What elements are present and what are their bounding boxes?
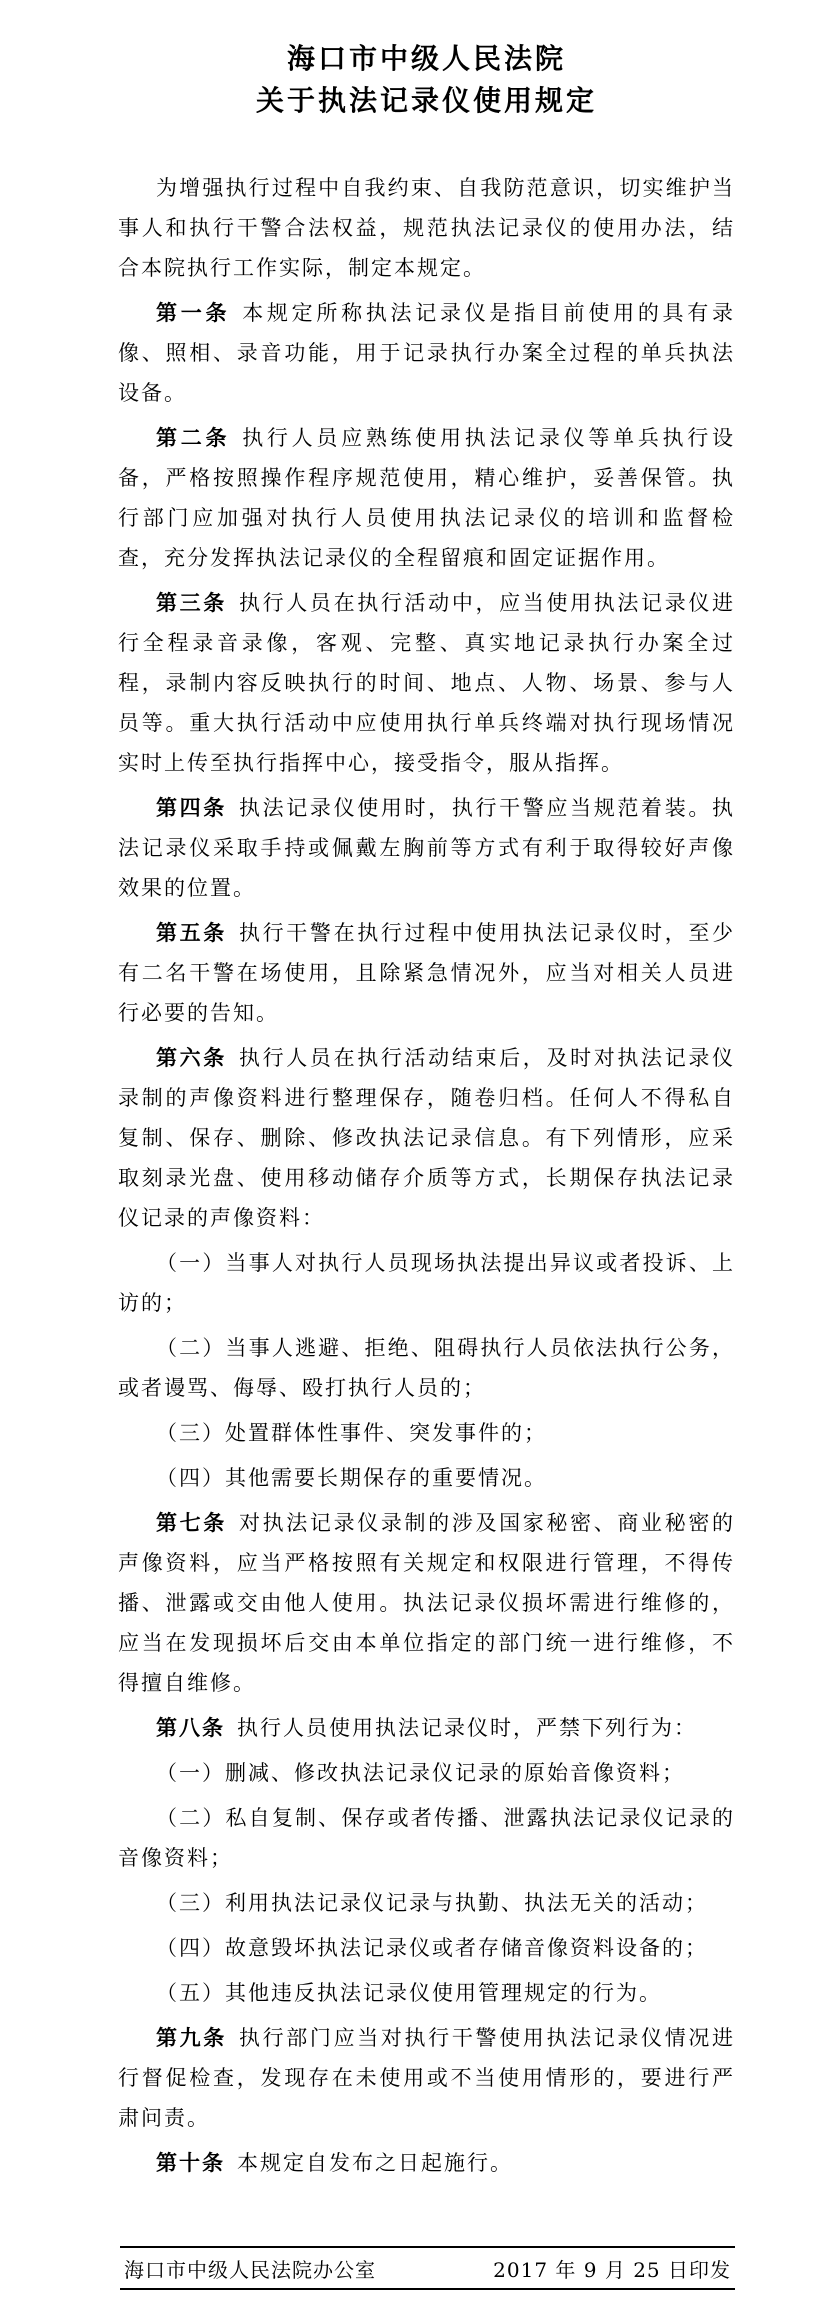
paragraph-text: （四）故意毁坏执法记录仪或者存储音像资料设备的； bbox=[156, 1936, 708, 1960]
paragraph: （四）其他需要长期保存的重要情况。 bbox=[118, 1458, 735, 1498]
document-title: 海口市中级人民法院 关于执法记录仪使用规定 bbox=[118, 38, 735, 122]
article-number: 第九条 bbox=[156, 2025, 227, 2050]
paragraph: （一）当事人对执行人员现场执法提出异议或者投诉、上访的； bbox=[118, 1243, 735, 1323]
article-number: 第一条 bbox=[156, 300, 230, 325]
paragraph-text: （二）当事人逃避、拒绝、阻碍执行人员依法执行公务，或者谩骂、侮辱、殴打执行人员的… bbox=[118, 1336, 735, 1400]
article-number: 第五条 bbox=[156, 920, 227, 945]
paragraph: 第二条执行人员应熟练使用执法记录仪等单兵执行设备，严格按照操作程序规范使用，精心… bbox=[118, 418, 735, 578]
paragraph-text: 执行人员在执行活动中，应当使用执法记录仪进行全程录音录像，客观、完整、真实地记录… bbox=[118, 591, 735, 775]
paragraph: 第一条本规定所称执法记录仪是指目前使用的具有录像、照相、录音功能，用于记录执行办… bbox=[118, 293, 735, 413]
paragraph: 第八条执行人员使用执法记录仪时，严禁下列行为： bbox=[118, 1708, 735, 1748]
paragraph: 第四条执法记录仪使用时，执行干警应当规范着装。执法记录仪采取手持或佩戴左胸前等方… bbox=[118, 788, 735, 908]
paragraph-text: 本规定自发布之日起施行。 bbox=[237, 2151, 513, 2175]
paragraph: （五）其他违反执法记录仪使用管理规定的行为。 bbox=[118, 1973, 735, 2013]
paragraph: （四）故意毁坏执法记录仪或者存储音像资料设备的； bbox=[118, 1928, 735, 1968]
paragraph: 第六条执行人员在执行活动结束后，及时对执法记录仪录制的声像资料进行整理保存，随卷… bbox=[118, 1038, 735, 1238]
paragraph-text: 对执法记录仪录制的涉及国家秘密、商业秘密的声像资料，应当严格按照有关规定和权限进… bbox=[118, 1511, 735, 1695]
article-number: 第八条 bbox=[156, 1715, 225, 1740]
paragraph-text: 为增强执行过程中自我约束、自我防范意识，切实维护当事人和执行干警合法权益，规范执… bbox=[118, 176, 735, 280]
paragraph: 第三条执行人员在执行活动中，应当使用执法记录仪进行全程录音录像，客观、完整、真实… bbox=[118, 583, 735, 783]
article-number: 第十条 bbox=[156, 2150, 225, 2175]
article-number: 第七条 bbox=[156, 1510, 227, 1535]
paragraph-text: （三）利用执法记录仪记录与执勤、执法无关的活动； bbox=[156, 1891, 708, 1915]
paragraph-text: （四）其他需要长期保存的重要情况。 bbox=[156, 1466, 547, 1490]
paragraph: （一）删减、修改执法记录仪记录的原始音像资料； bbox=[118, 1753, 735, 1793]
paragraph: （三）利用执法记录仪记录与执勤、执法无关的活动； bbox=[118, 1883, 735, 1923]
footer-print-date: 2017 年 9 月 25 日印发 bbox=[493, 2254, 731, 2283]
document-footer: 海口市中级人民法院办公室 2017 年 9 月 25 日印发 bbox=[120, 2246, 735, 2290]
paragraph: 第七条对执法记录仪录制的涉及国家秘密、商业秘密的声像资料，应当严格按照有关规定和… bbox=[118, 1503, 735, 1703]
article-number: 第二条 bbox=[156, 425, 230, 450]
paragraph-text: 执行人员在执行活动结束后，及时对执法记录仪录制的声像资料进行整理保存，随卷归档。… bbox=[118, 1046, 735, 1230]
paragraph: （三）处置群体性事件、突发事件的； bbox=[118, 1413, 735, 1453]
document-page: 海口市中级人民法院 关于执法记录仪使用规定 为增强执行过程中自我约束、自我防范意… bbox=[0, 0, 823, 2317]
paragraph: （二）私自复制、保存或者传播、泄露执法记录仪记录的音像资料； bbox=[118, 1798, 735, 1878]
article-number: 第四条 bbox=[156, 795, 227, 820]
paragraph-text: （二）私自复制、保存或者传播、泄露执法记录仪记录的音像资料； bbox=[118, 1806, 735, 1870]
paragraph-text: （一）当事人对执行人员现场执法提出异议或者投诉、上访的； bbox=[118, 1251, 735, 1315]
paragraph: 第十条本规定自发布之日起施行。 bbox=[118, 2143, 735, 2183]
paragraph-text: （三）处置群体性事件、突发事件的； bbox=[156, 1421, 547, 1445]
document-body: 为增强执行过程中自我约束、自我防范意识，切实维护当事人和执行干警合法权益，规范执… bbox=[118, 168, 735, 2183]
document-title-line-1: 海口市中级人民法院 bbox=[118, 38, 735, 80]
document-content: 海口市中级人民法院 关于执法记录仪使用规定 为增强执行过程中自我约束、自我防范意… bbox=[118, 38, 735, 2188]
paragraph: 为增强执行过程中自我约束、自我防范意识，切实维护当事人和执行干警合法权益，规范执… bbox=[118, 168, 735, 288]
paragraph-text: （五）其他违反执法记录仪使用管理规定的行为。 bbox=[156, 1981, 662, 2005]
paragraph: 第九条执行部门应当对执行干警使用执法记录仪情况进行督促检查，发现存在未使用或不当… bbox=[118, 2018, 735, 2138]
paragraph: 第五条执行干警在执行过程中使用执法记录仪时，至少有二名干警在场使用，且除紧急情况… bbox=[118, 913, 735, 1033]
article-number: 第三条 bbox=[156, 590, 227, 615]
footer-issuing-office: 海口市中级人民法院办公室 bbox=[124, 2254, 376, 2283]
paragraph-text: （一）删减、修改执法记录仪记录的原始音像资料； bbox=[156, 1761, 685, 1785]
document-title-line-2: 关于执法记录仪使用规定 bbox=[118, 80, 735, 122]
paragraph: （二）当事人逃避、拒绝、阻碍执行人员依法执行公务，或者谩骂、侮辱、殴打执行人员的… bbox=[118, 1328, 735, 1408]
article-number: 第六条 bbox=[156, 1045, 227, 1070]
paragraph-text: 执行人员使用执法记录仪时，严禁下列行为： bbox=[237, 1716, 697, 1740]
